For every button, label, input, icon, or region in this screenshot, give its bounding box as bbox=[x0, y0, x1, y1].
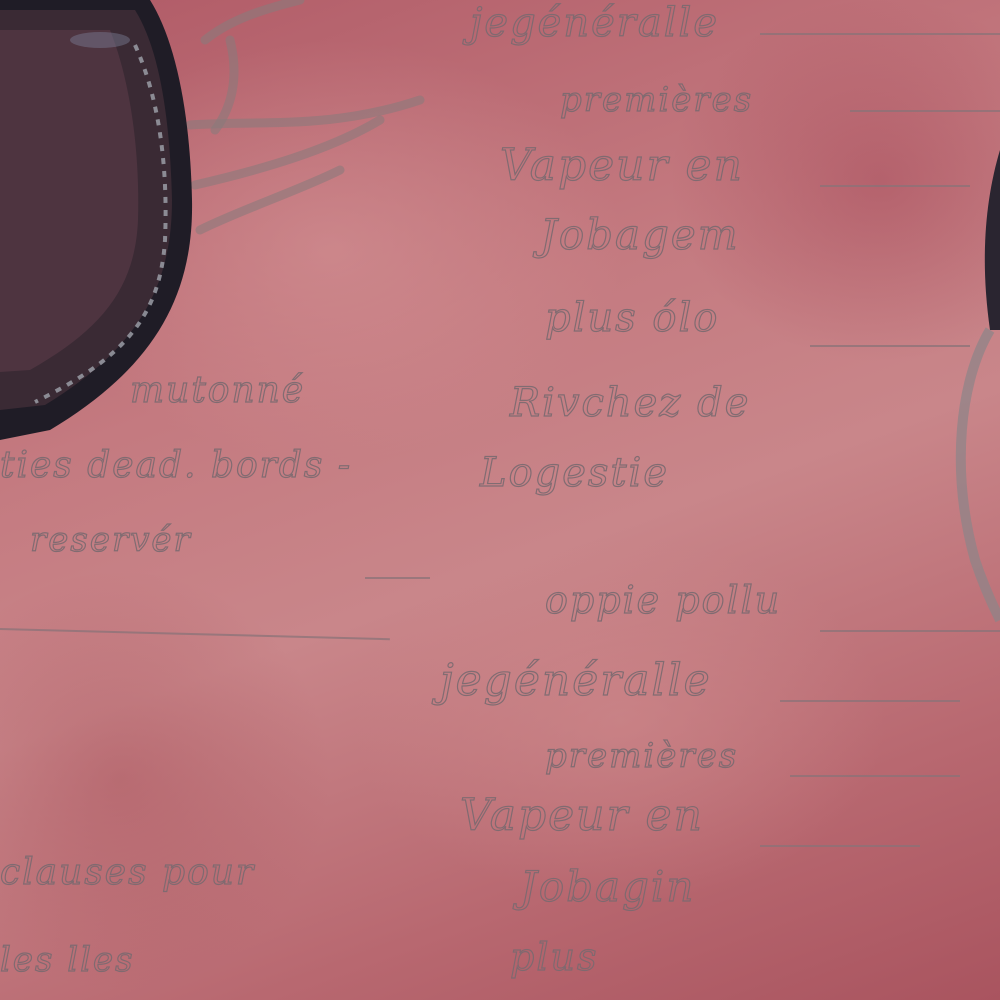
engraved-line: Jobagin bbox=[520, 862, 695, 911]
engraved-line: les lles bbox=[0, 940, 135, 980]
engraved-rule bbox=[760, 845, 920, 847]
engraved-line: plus ólo bbox=[545, 295, 719, 341]
leather-photo: jegénéralle premières Vapeur en Jobagem … bbox=[0, 0, 1000, 1000]
right-curve-engraving bbox=[961, 330, 1000, 620]
engraved-line: mutonné bbox=[130, 370, 305, 411]
engraved-line: Vapeur en bbox=[500, 140, 744, 191]
right-strap-edge bbox=[985, 150, 1000, 330]
engraved-line: premières bbox=[545, 736, 738, 776]
engraved-line: Rivchez de bbox=[510, 380, 750, 426]
engraved-rule bbox=[820, 185, 970, 187]
engraved-rule bbox=[810, 345, 970, 347]
engraved-rule bbox=[790, 775, 960, 777]
engraved-line: premières bbox=[560, 80, 753, 120]
engraved-rule bbox=[820, 630, 1000, 632]
engraved-line: clauses pour bbox=[0, 852, 255, 893]
engraved-line: Vapeur en bbox=[460, 790, 704, 841]
engraved-line: ties dead. bords - bbox=[0, 445, 352, 486]
engraved-line: jegénéralle bbox=[470, 0, 719, 46]
engraved-line: Jobagem bbox=[540, 210, 740, 259]
engraved-line: Logestie bbox=[480, 450, 669, 496]
engraved-line: plus bbox=[510, 935, 598, 979]
engraved-rule bbox=[365, 577, 430, 579]
engraved-line: jegénéralle bbox=[440, 655, 712, 706]
engraved-rule bbox=[760, 33, 1000, 35]
engraved-rule bbox=[780, 700, 960, 702]
engraved-line: reservér bbox=[30, 520, 192, 560]
engraved-rule bbox=[850, 110, 1000, 112]
ornament-engraving bbox=[190, 0, 420, 230]
engraved-line: oppie pollu bbox=[545, 578, 781, 622]
